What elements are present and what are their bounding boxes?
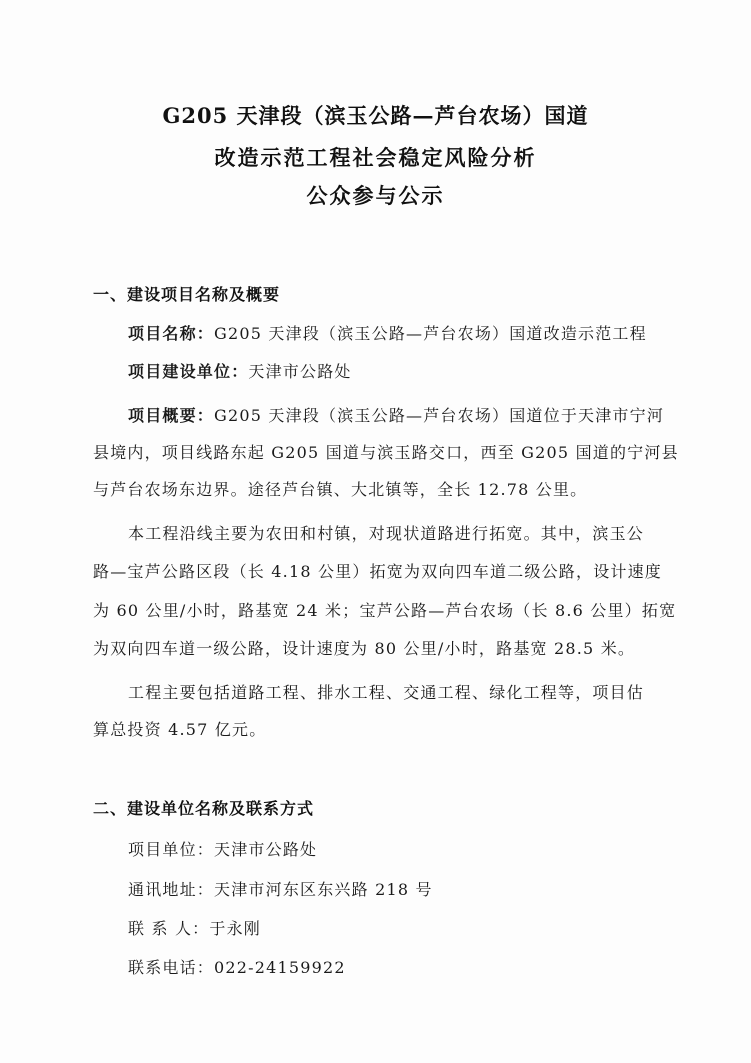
para2-line-2: 路—宝芦公路区段（长 4.18 公里）拓宽为双向四车道二级公路，设计速度 <box>93 559 662 582</box>
para3-line-1: 工程主要包括道路工程、排水工程、交通工程、绿化工程等，项目估 <box>128 680 644 703</box>
para3-line-2: 算总投资 4.57 亿元。 <box>93 717 266 740</box>
contact-value: 于永刚 <box>209 919 261 938</box>
contact-label: 联 系 人： <box>128 919 209 938</box>
contact-value: 天津市河东区东兴路 218 号 <box>214 880 433 899</box>
para2-line-1: 本工程沿线主要为农田和村镇，对现状道路进行拓宽。其中，滨玉公 <box>128 521 644 544</box>
contact-item-unit: 项目单位：天津市公路处 <box>128 837 317 860</box>
project-name-label: 项目名称： <box>128 324 214 343</box>
para2-line-3: 为 60 公里/小时，路基宽 24 米；宝芦公路—芦台农场（长 8.6 公里）拓… <box>93 598 676 621</box>
contact-item-address: 通讯地址：天津市河东区东兴路 218 号 <box>128 877 433 900</box>
overview-text: G205 天津段（滨玉公路—芦台农场）国道位于天津市宁河 <box>214 406 664 425</box>
contact-item-person: 联 系 人：于永刚 <box>128 916 261 939</box>
title-line-1: G205 天津段（滨玉公路—芦台农场）国道 <box>0 100 751 130</box>
builder-value: 天津市公路处 <box>248 362 351 381</box>
overview-line-2: 县境内，项目线路东起 G205 国道与滨玉路交口，西至 G205 国道的宁河县 <box>93 440 679 463</box>
contact-value: 天津市公路处 <box>214 840 317 859</box>
overview-line-1: 项目概要：G205 天津段（滨玉公路—芦台农场）国道位于天津市宁河 <box>128 403 664 426</box>
contact-label: 联系电话： <box>128 958 214 977</box>
document-page: G205 天津段（滨玉公路—芦台农场）国道 改造示范工程社会稳定风险分析 公众参… <box>0 0 751 1063</box>
overview-line-3: 与芦台农场东边界。途径芦台镇、大北镇等，全长 12.78 公里。 <box>93 477 587 500</box>
project-name-value: G205 天津段（滨玉公路—芦台农场）国道改造示范工程 <box>214 324 647 343</box>
title-line-2: 改造示范工程社会稳定风险分析 <box>0 142 751 172</box>
section-1-heading: 一、建设项目名称及概要 <box>93 282 280 305</box>
builder-label: 项目建设单位： <box>128 362 248 381</box>
overview-label: 项目概要： <box>128 406 214 425</box>
contact-item-phone: 联系电话：022-24159922 <box>128 955 346 978</box>
project-builder: 项目建设单位：天津市公路处 <box>128 359 352 382</box>
title-line-3: 公众参与公示 <box>0 180 751 210</box>
para2-line-4: 为双向四车道一级公路，设计速度为 80 公里/小时，路基宽 28.5 米。 <box>93 636 635 659</box>
project-name: 项目名称：G205 天津段（滨玉公路—芦台农场）国道改造示范工程 <box>128 321 647 344</box>
contact-value: 022-24159922 <box>214 958 346 977</box>
section-2-heading: 二、建设单位名称及联系方式 <box>93 796 314 819</box>
contact-label: 项目单位： <box>128 840 214 859</box>
contact-label: 通讯地址： <box>128 880 214 899</box>
